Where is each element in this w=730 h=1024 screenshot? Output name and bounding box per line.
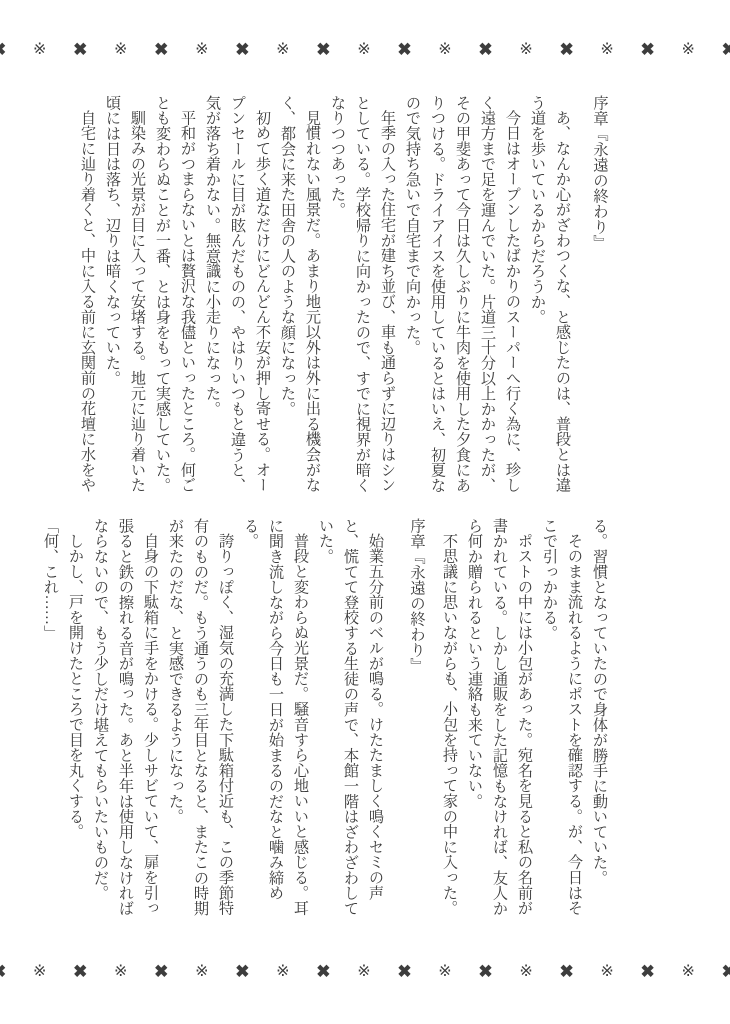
paragraph: 見慣れない風景だ。あまり地元以外は外に出る機会がなく、都会に来た田舎の人のような… [275,95,325,495]
chapter-heading: 序章『永遠の終わり』 [587,95,612,495]
reference-mark-ornament-icon: ※ [195,41,208,59]
reference-mark-ornament-icon: ※ [438,41,451,59]
paragraph: 年季の入った住宅が建ち並び、車も通らずに辺りはシンとしている。学校帰りに向かった… [325,95,400,495]
paragraph: ポストの中には小包があった。宛名を見ると私の名前が書かれている。しかし通販をした… [462,518,537,918]
cross-ornament-icon: ✖ [559,41,573,59]
reference-mark-ornament-icon: ※ [33,41,46,59]
novel-reader-page: ✖※✖※✖※✖※✖※✖※✖※✖※✖※✖ 序章『永遠の終わり』 あ、なんか心がざわ… [0,0,730,1024]
reference-mark-ornament-icon: ※ [276,963,289,981]
cross-ornament-icon: ✖ [73,963,87,981]
paragraph: 始業五分前のベルが鳴る。けたたましく鳴くセミの声と、慌てて登校する生徒の声で、本… [313,518,388,918]
paragraph: 初めて歩く道なだけにどんどん不安が押し寄せる。オープンセールに目が眩んだものの、… [200,95,275,495]
paragraph: 普段と変わらぬ光景だ。騒音すら心地いいと感じる。耳に聞き流しながら今日も一日が始… [238,518,313,918]
paragraph: 誇りっぽく、湿気の充満した下駄箱付近も、この季節特有のものだ。もう通うのも三年目… [163,518,238,918]
cross-ornament-icon: ✖ [641,963,655,981]
cross-ornament-icon: ✖ [73,41,87,59]
chapter-heading: 序章『永遠の終わり』 [404,518,429,918]
cross-ornament-icon: ✖ [397,963,411,981]
cross-ornament-icon: ✖ [0,41,6,59]
reference-mark-ornament-icon: ※ [519,963,532,981]
reference-mark-ornament-icon: ※ [600,963,613,981]
paragraph-dialogue: 「何、これ……」 [38,518,63,918]
ornament-border-bottom: ✖※✖※✖※✖※✖※✖※✖※✖※✖※✖ [0,963,730,981]
reference-mark-ornament-icon: ※ [276,41,289,59]
reference-mark-ornament-icon: ※ [195,963,208,981]
ornament-border-top: ✖※✖※✖※✖※✖※✖※✖※✖※✖※✖ [0,41,730,59]
cross-ornament-icon: ✖ [478,963,492,981]
cross-ornament-icon: ✖ [0,963,6,981]
cross-ornament-icon: ✖ [397,41,411,59]
cross-ornament-icon: ✖ [235,41,249,59]
paragraph: そのまま流れるようにポストを確認する。が、今日はそこで引っかかる。 [537,518,587,918]
paragraph: 平和がつまらないとは贅沢な我儘といったところ。何ごとも変わらぬことが一番、とは身… [150,95,200,495]
paragraph: 自身の下駄箱に手をかける。少しサビていて、扉を引っ張ると鉄の擦れる音が鳴った。あ… [88,518,163,918]
paragraph-continuation: る。習慣となっていたので身体が勝手に動いていた。 [587,518,612,918]
reference-mark-ornament-icon: ※ [438,963,451,981]
cross-ornament-icon: ✖ [316,41,330,59]
cross-ornament-icon: ✖ [641,41,655,59]
novel-text-page-top: 序章『永遠の終わり』 あ、なんか心がざわつくな、と感じたのは、普段とは違う道を歩… [75,95,612,495]
cross-ornament-icon: ✖ [559,963,573,981]
cross-ornament-icon: ✖ [235,963,249,981]
cross-ornament-icon: ✖ [478,41,492,59]
paragraph: しかし、戸を開けたところで目を丸くする。 [63,518,88,918]
cross-ornament-icon: ✖ [722,41,730,59]
reference-mark-ornament-icon: ※ [357,963,370,981]
reference-mark-ornament-icon: ※ [114,963,127,981]
reference-mark-ornament-icon: ※ [114,41,127,59]
cross-ornament-icon: ✖ [316,963,330,981]
paragraph: あ、なんか心がざわつくな、と感じたのは、普段とは違う道を歩いているからだろうか。 [525,95,575,495]
novel-text-page-bottom: る。習慣となっていたので身体が勝手に動いていた。 そのまま流れるようにポストを確… [38,518,612,918]
paragraph: 自宅に辿り着くと、中に入る前に玄関前の花壇に水をや [75,95,100,495]
reference-mark-ornament-icon: ※ [600,41,613,59]
reference-mark-ornament-icon: ※ [357,41,370,59]
reference-mark-ornament-icon: ※ [33,963,46,981]
cross-ornament-icon: ✖ [154,41,168,59]
paragraph: 今日はオープンしたばかりのスーパーへ行く為に、珍しく遠方まで足を運んでいた。片道… [400,95,525,495]
cross-ornament-icon: ✖ [154,963,168,981]
reference-mark-ornament-icon: ※ [519,41,532,59]
reference-mark-ornament-icon: ※ [681,963,694,981]
paragraph: 不思議に思いながらも、小包を持って家の中に入った。 [437,518,462,918]
reference-mark-ornament-icon: ※ [681,41,694,59]
cross-ornament-icon: ✖ [722,963,730,981]
paragraph: 馴染みの光景が目に入って安堵する。地元に辿り着いた頃には日は落ち、辺りは暗くなっ… [100,95,150,495]
